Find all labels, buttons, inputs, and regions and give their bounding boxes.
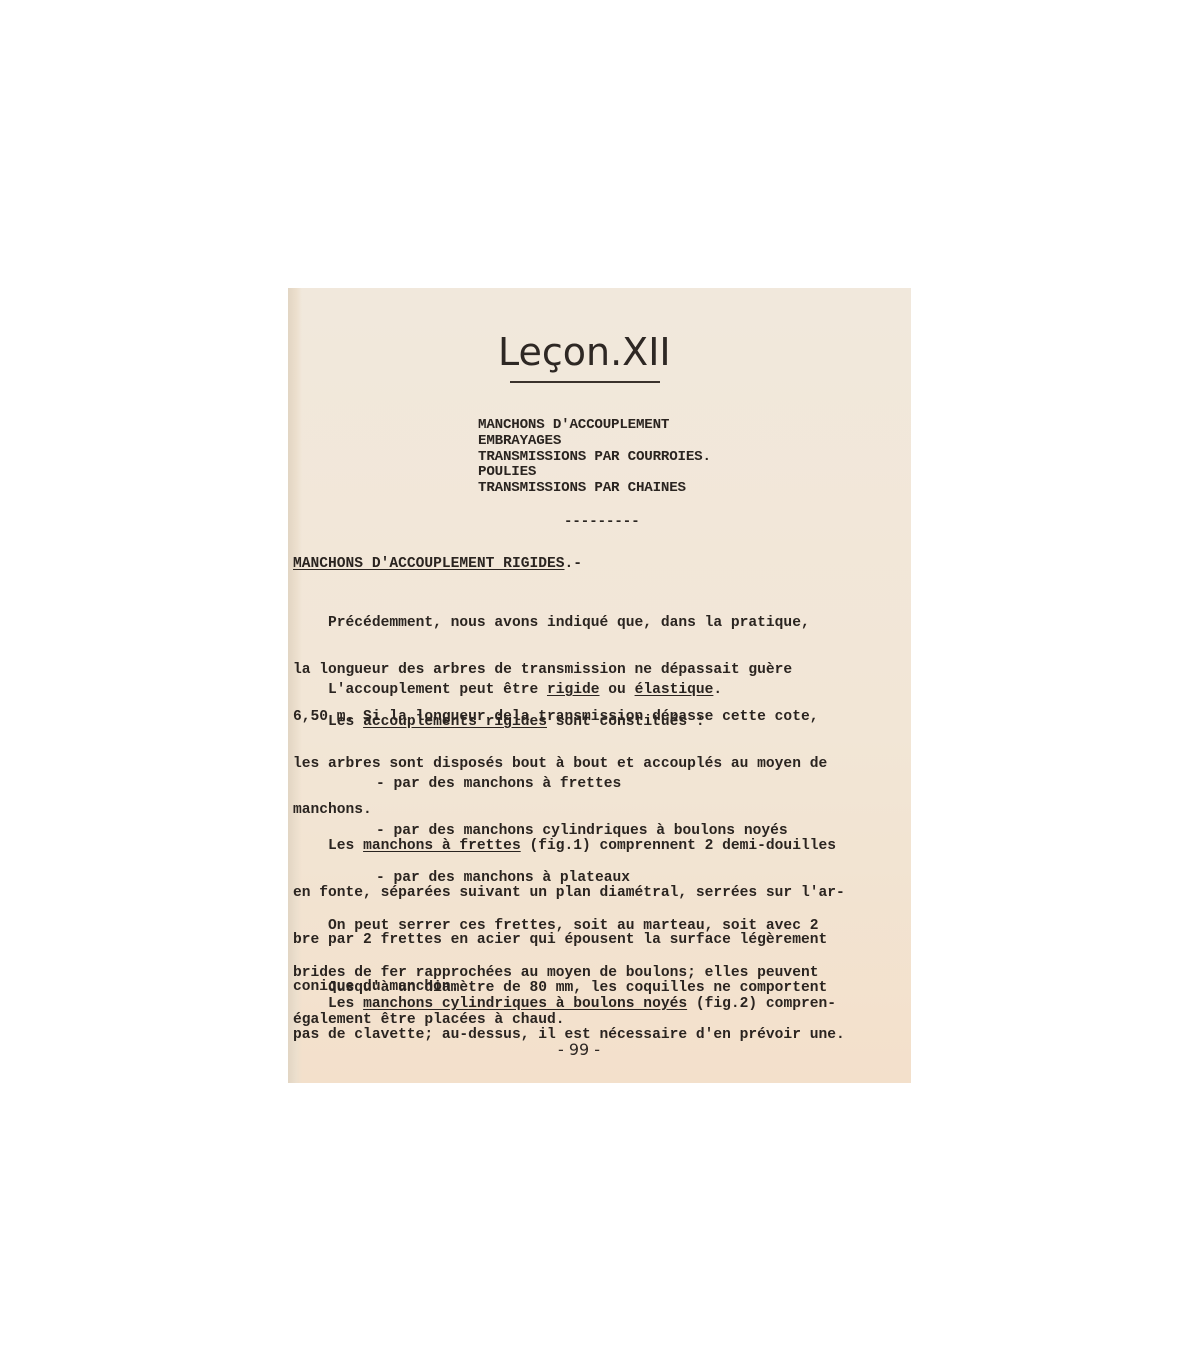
- topic-item: TRANSMISSIONS PAR COURROIES.: [478, 450, 711, 466]
- text-line: Précédemment, nous avons indiqué que, da…: [293, 616, 827, 632]
- text-span: Les: [293, 714, 363, 730]
- text-span: L'accouplement peut être: [293, 682, 547, 698]
- text-line: Jusqu'à un diamètre de 80 mm, les coquil…: [293, 981, 845, 997]
- lesson-title: Leçon.XII: [498, 330, 668, 374]
- paragraph-2: L'accouplement peut être rigide ou élast…: [293, 683, 722, 699]
- text-span: (fig.2) compren-: [687, 996, 836, 1012]
- separator: ---------: [564, 514, 640, 530]
- underlined-term: accouplements rigides: [363, 714, 547, 730]
- topic-item: MANCHONS D'ACCOUPLEMENT: [478, 418, 711, 434]
- text-span: sont constitués :: [547, 714, 705, 730]
- text-span: .: [713, 682, 722, 698]
- document-page: Leçon.XII MANCHONS D'ACCOUPLEMENT EMBRAY…: [288, 288, 911, 1083]
- topic-item: POULIES: [478, 465, 711, 481]
- topic-item: EMBRAYAGES: [478, 434, 711, 450]
- underlined-term: élastique: [635, 682, 714, 698]
- topic-item: TRANSMISSIONS PAR CHAINES: [478, 481, 711, 497]
- section-heading-text: MANCHONS D'ACCOUPLEMENT RIGIDES: [293, 556, 565, 572]
- list-item: - par des manchons à frettes: [376, 777, 788, 793]
- text-span: (fig.1) comprennent 2 demi-douilles: [521, 838, 836, 854]
- title-underline: [510, 381, 660, 383]
- section-heading: MANCHONS D'ACCOUPLEMENT RIGIDES.-: [293, 556, 582, 572]
- text-span: ou: [600, 682, 635, 698]
- lesson-topics: MANCHONS D'ACCOUPLEMENT EMBRAYAGES TRANS…: [478, 418, 711, 497]
- paragraph-3: Les accouplements rigides sont constitué…: [293, 715, 705, 731]
- paragraph-7: Les manchons cylindriques à boulons noyé…: [293, 997, 836, 1013]
- text-span: Les: [293, 996, 363, 1012]
- underlined-term: manchons à frettes: [363, 838, 521, 854]
- text-span: Les: [293, 838, 363, 854]
- text-line: la longueur des arbres de transmission n…: [293, 663, 827, 679]
- underlined-term: rigide: [547, 682, 600, 698]
- underlined-term: manchons cylindriques à boulons noyés: [363, 996, 687, 1012]
- text-line: On peut serrer ces frettes, soit au mart…: [293, 919, 818, 935]
- section-heading-suffix: .-: [565, 556, 583, 572]
- text-line: Les manchons à frettes (fig.1) comprenne…: [293, 839, 845, 855]
- page-number: - 99 -: [558, 1040, 600, 1059]
